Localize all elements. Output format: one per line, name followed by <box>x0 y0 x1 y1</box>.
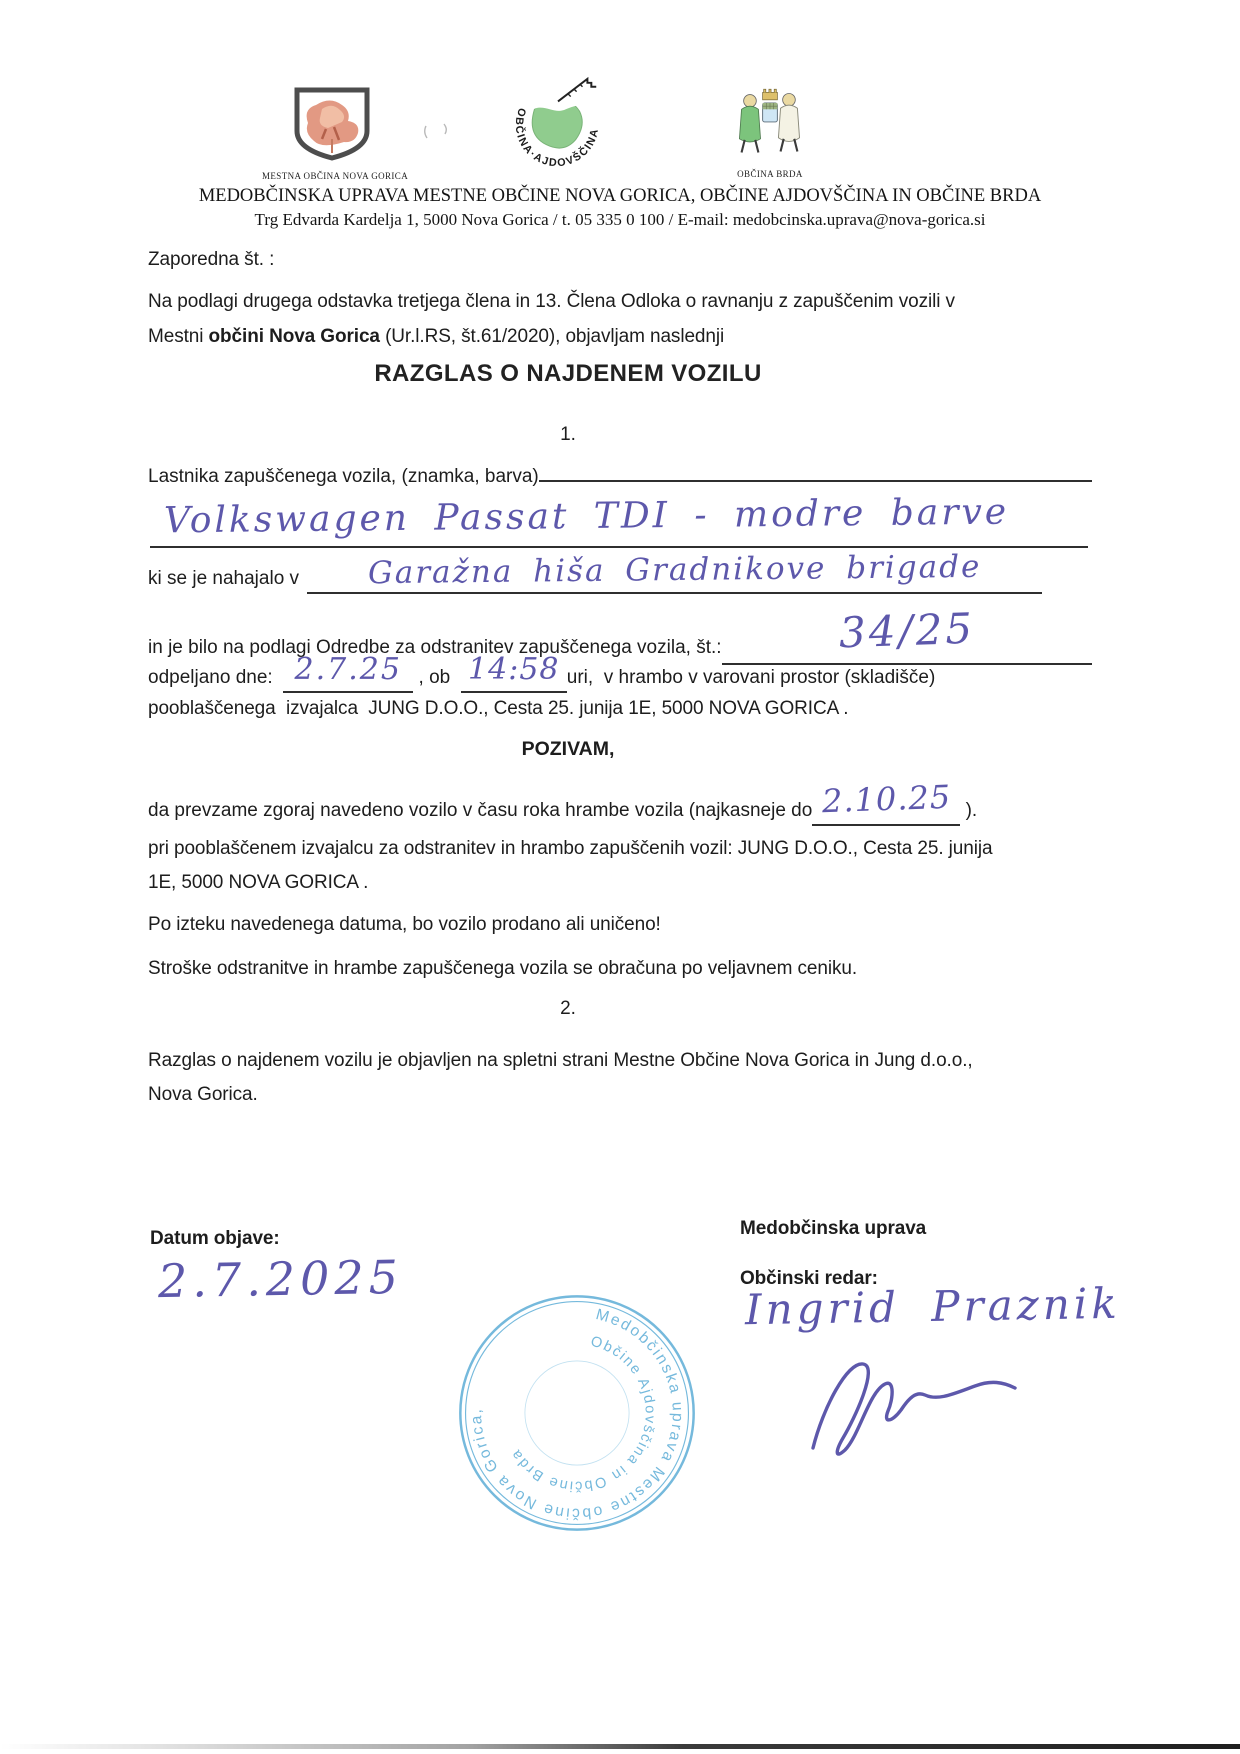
intro-line2-bold: občini Nova Gorica <box>209 326 380 347</box>
owner-value-line: Volkswagen Passat TDI - modre barve <box>150 492 1088 548</box>
owner-label: Lastnika zapuščenega vozila, (znamka, ba… <box>148 466 539 488</box>
org-address: Trg Edvarda Kardelja 1, 5000 Nova Gorica… <box>0 210 1240 230</box>
logo-nova-gorica: MESTNA OBČINA NOVA GORICA <box>262 84 402 181</box>
intro-line2-pre: Mestni <box>148 326 209 347</box>
publication-line2: Nova Gorica. <box>148 1078 258 1112</box>
towed-label-3: uri, v hrambo v varovani prostor (skladi… <box>567 667 936 689</box>
logo-brda: OBČINA BRDA <box>715 84 825 179</box>
publish-date-label: Datum objave: <box>150 1222 280 1256</box>
serial-label: Zaporedna št. : <box>148 243 274 277</box>
pickup-deadline-handwriting: 2.10.25 <box>821 778 951 820</box>
contractor-line2: 1E, 5000 NOVA GORICA . <box>148 866 368 900</box>
pickup-label: da prevzame zgoraj navedeno vozilo v čas… <box>148 800 812 822</box>
brda-coat-of-arms-icon <box>727 84 813 162</box>
pickup-deadline-blank: 2.10.25 <box>812 786 960 826</box>
towed-time-blank: 14:58 <box>461 656 567 693</box>
location-blank-line: Garažna hiša Gradnikove brigade <box>307 556 1042 594</box>
municipal-round-stamp: Medobčinska uprava Mestne občine Nova Go… <box>452 1288 702 1538</box>
location-label: ki se je nahajalo v <box>148 568 299 590</box>
publish-date-handwriting: 2.7.2025 <box>158 1252 403 1306</box>
towed-label-2: , ob <box>413 667 461 689</box>
pickup-row: da prevzame zgoraj navedeno vozilo v čas… <box>148 786 1092 826</box>
contractor-line1: pri pooblaščenem izvajalcu za odstranite… <box>148 832 992 866</box>
publication-line1: Razglas o najdenem vozilu je objavljen n… <box>148 1044 973 1078</box>
towed-time-handwriting: 14:58 <box>468 652 559 687</box>
logo-caption: OBČINA BRDA <box>715 169 825 179</box>
scan-edge-artifact <box>0 1744 1240 1749</box>
svg-text:Občine Ajdovščina in Občine Br: Občine Ajdovščina in Občine Brda <box>508 1334 658 1494</box>
nova-gorica-coat-of-arms-icon <box>282 84 382 164</box>
owner-value-handwriting: Volkswagen Passat TDI - modre barve <box>164 492 1010 542</box>
costs-line: Stroške odstranitve in hrambe zapuščeneg… <box>148 952 857 986</box>
pickup-suffix: ). <box>960 800 977 822</box>
stamp-inner-text: Občine Ajdovščina in Občine Brda <box>508 1334 658 1494</box>
scan-artifact <box>420 120 460 146</box>
location-value-handwriting: Garažna hiša Gradnikove brigade <box>368 549 982 591</box>
order-value-handwriting: 34/25 <box>838 604 976 658</box>
intro-line2: Mestni občini Nova Gorica (Ur.l.RS, št.6… <box>148 320 724 354</box>
logo-ajdovscina: OBČINA·AJDOVŠČINA <box>492 74 622 181</box>
expiry-line: Po izteku navedenega datuma, bo vozilo p… <box>148 908 661 942</box>
section-1-number: 1. <box>148 424 988 446</box>
owner-row: Lastnika zapuščenega vozila, (znamka, ba… <box>148 466 1092 488</box>
section-2-number: 2. <box>148 998 988 1020</box>
location-row: ki se je nahajalo vGaražna hiša Gradniko… <box>148 556 1092 594</box>
officer-name-handwriting: Ingrid Praznik <box>745 1282 1121 1331</box>
authority-label: Medobčinska uprava <box>740 1212 926 1246</box>
towed-row: odpeljano dne: 2.7.25 , ob 14:58uri, v h… <box>148 656 1092 693</box>
towed-date-blank: 2.7.25 <box>283 656 413 693</box>
towed-line2: pooblaščenega izvajalca JUNG D.O.O., Ces… <box>148 692 848 726</box>
page-title: RAZGLAS O NAJDENEM VOZILU <box>148 360 988 388</box>
logo-caption: MESTNA OBČINA NOVA GORICA <box>262 171 402 181</box>
towed-date-handwriting: 2.7.25 <box>295 652 402 687</box>
towed-label-1: odpeljano dne: <box>148 667 283 689</box>
org-title: MEDOBČINSKA UPRAVA MESTNE OBČINE NOVA GO… <box>0 186 1240 207</box>
owner-blank-line <box>539 480 1092 482</box>
document-page: MESTNA OBČINA NOVA GORICA OBČINA·AJDOVŠČ… <box>0 0 1240 1754</box>
intro-line2-post: (Ur.l.RS, št.61/2020), objavljam nasledn… <box>380 326 724 347</box>
summon-heading: POZIVAM, <box>148 738 988 761</box>
officer-signature <box>795 1348 1025 1468</box>
intro-line1: Na podlagi drugega odstavka tretjega čle… <box>148 285 955 319</box>
ajdovscina-coat-of-arms-icon: OBČINA·AJDOVŠČINA <box>498 74 616 176</box>
